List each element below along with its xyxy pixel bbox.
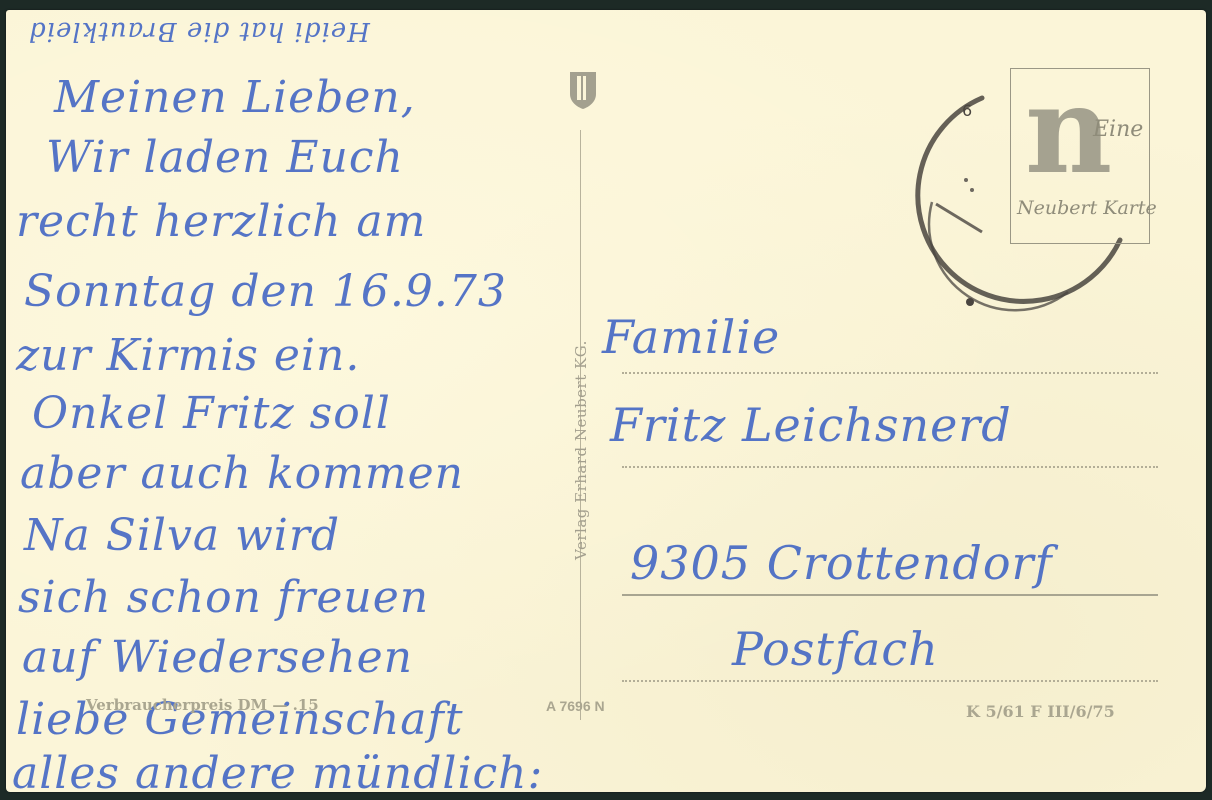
message-line: Meinen Lieben,	[54, 72, 416, 123]
address-line-text: Fritz Leichsnerd	[610, 398, 1012, 452]
message-line: aber auch kommen	[20, 448, 464, 499]
message-line: Wir laden Euch	[46, 132, 404, 183]
postcard: Heidi hat die Brautkleid Meinen Lieben, …	[6, 10, 1206, 792]
message-line: Na Silva wird	[24, 510, 340, 561]
address-line-text: Postfach	[732, 622, 939, 676]
message-line: zur Kirmis ein.	[16, 330, 360, 381]
price-label: Verbraucherpreis DM — .15	[86, 696, 319, 714]
address-line-3	[622, 594, 1158, 596]
publisher-imprint: Verlag Erhard Neubert KG.	[572, 340, 590, 560]
address-line-2	[622, 466, 1158, 468]
message-line: sich schon freuen	[18, 572, 429, 623]
address-line-4	[622, 680, 1158, 682]
address-line-1	[622, 372, 1158, 374]
article-number: A 7696 N	[546, 698, 605, 714]
logo-tagline-eine: Eine	[1093, 117, 1143, 142]
message-line: alles andere mündlich:	[12, 748, 543, 792]
upside-down-note: Heidi hat die Brautkleid	[28, 16, 370, 46]
logo-tagline-neubert: Neubert Karte	[1017, 197, 1157, 219]
svg-text:6: 6	[962, 101, 972, 120]
address-line-text: 9305 Crottendorf	[630, 536, 1053, 590]
message-line: recht herzlich am	[16, 196, 426, 247]
message-line: Sonntag den 16.9.73	[24, 266, 507, 317]
address-line-text: Familie	[602, 310, 780, 364]
message-line: Onkel Fritz soll	[32, 388, 391, 439]
publisher-shield-icon	[569, 70, 597, 110]
neubert-logo: n Eine Neubert Karte	[1010, 68, 1150, 244]
message-line: auf Wiedersehen	[22, 632, 413, 683]
print-code: K 5/61 F III/6/75	[966, 702, 1115, 721]
